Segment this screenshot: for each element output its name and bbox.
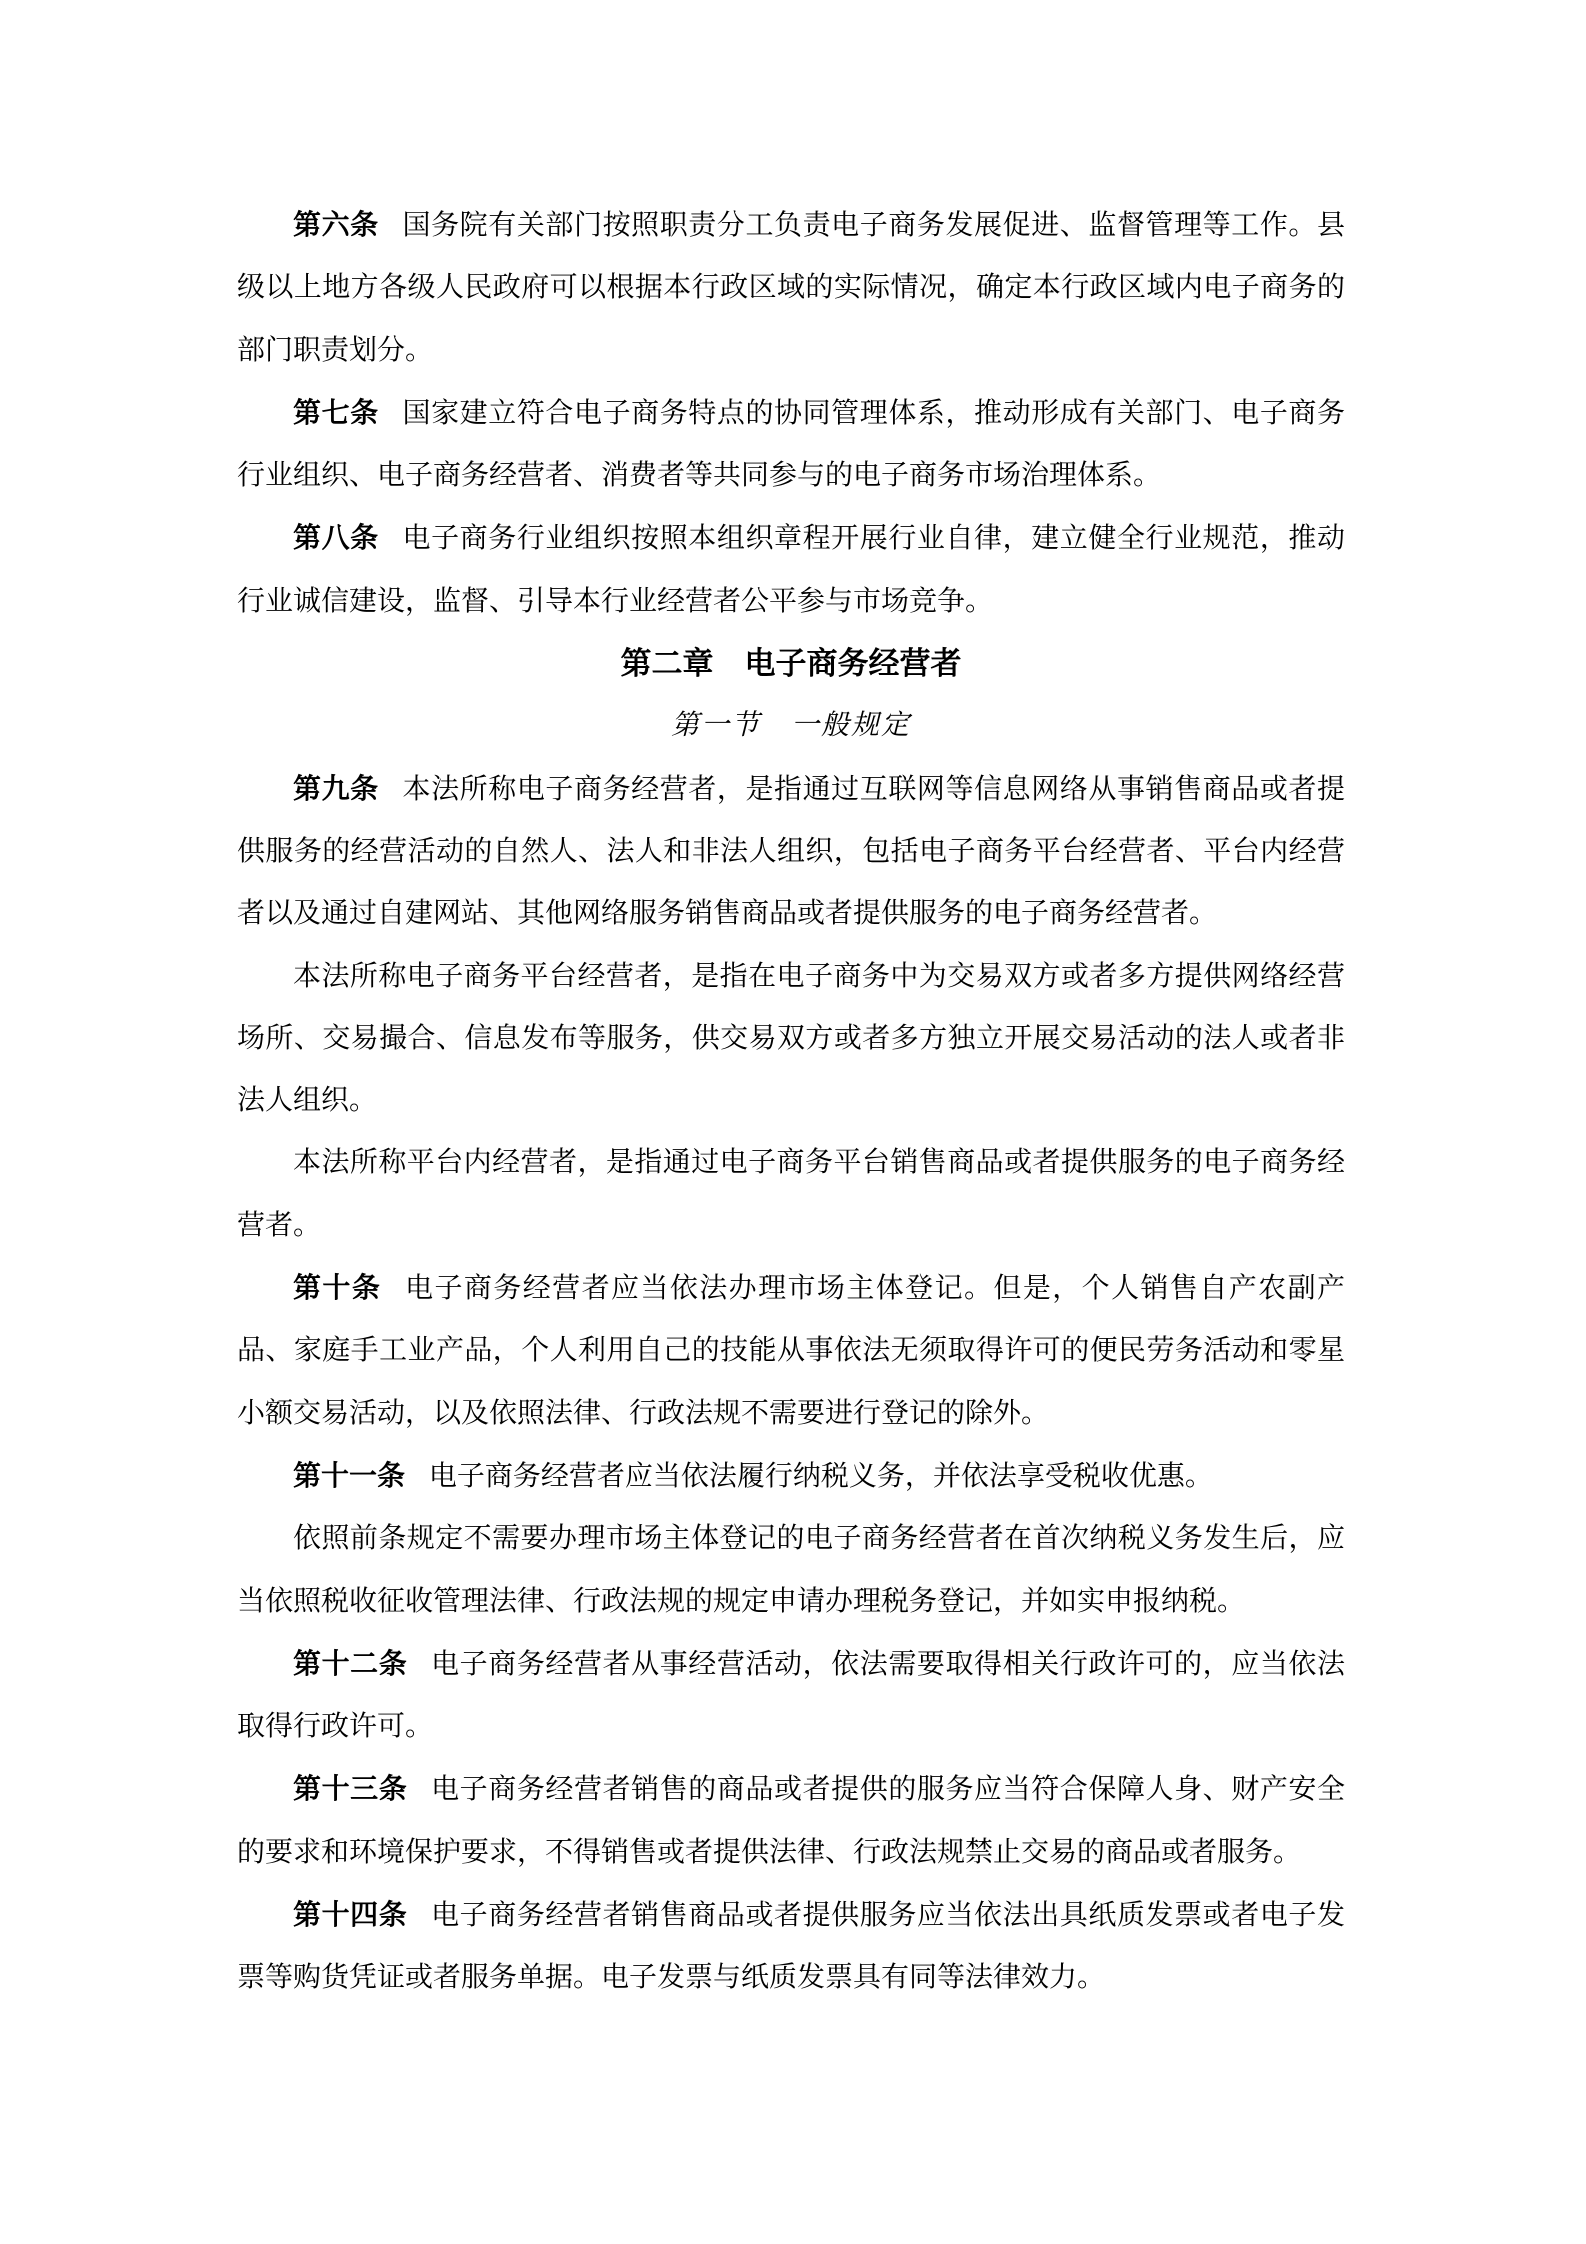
- article-number: 第十二条: [293, 1648, 407, 1679]
- article-paragraph: 第十一条电子商务经营者应当依法履行纳税义务，并依法享受税收优惠。: [237, 1445, 1345, 1508]
- article-paragraph: 第十三条电子商务经营者销售的商品或者提供的服务应当符合保障人身、财产安全的要求和…: [237, 1758, 1345, 1884]
- article-number: 第十四条: [293, 1899, 407, 1930]
- section-heading: 第一节 一般规定: [237, 695, 1345, 757]
- article-paragraph: 第七条国家建立符合电子商务特点的协同管理体系，推动形成有关部门、电子商务行业组织…: [237, 382, 1345, 508]
- article-number: 第七条: [293, 397, 379, 428]
- document-body: 第六条国务院有关部门按照职责分工负责电子商务发展促进、监督管理等工作。县级以上地…: [237, 194, 1345, 2010]
- article-paragraph: 第十四条电子商务经营者销售商品或者提供服务应当依法出具纸质发票或者电子发票等购货…: [237, 1884, 1345, 2010]
- article-paragraph: 第六条国务院有关部门按照职责分工负责电子商务发展促进、监督管理等工作。县级以上地…: [237, 194, 1345, 382]
- article-number: 第十一条: [293, 1460, 405, 1491]
- article-number: 第九条: [293, 773, 379, 804]
- article-number: 第六条: [293, 209, 379, 240]
- body-paragraph: 本法所称平台内经营者，是指通过电子商务平台销售商品或者提供服务的电子商务经营者。: [237, 1132, 1345, 1257]
- body-paragraph: 依照前条规定不需要办理市场主体登记的电子商务经营者在首次纳税义务发生后，应当依照…: [237, 1508, 1345, 1633]
- body-paragraph: 本法所称电子商务平台经营者，是指在电子商务中为交易双方或者多方提供网络经营场所、…: [237, 946, 1345, 1133]
- article-paragraph: 第十条电子商务经营者应当依法办理市场主体登记。但是，个人销售自产农副产品、家庭手…: [237, 1257, 1345, 1445]
- article-paragraph: 第十二条电子商务经营者从事经营活动，依法需要取得相关行政许可的，应当依法取得行政…: [237, 1633, 1345, 1759]
- chapter-heading: 第二章 电子商务经营者: [237, 633, 1345, 695]
- article-paragraph: 第八条电子商务行业组织按照本组织章程开展行业自律，建立健全行业规范，推动行业诚信…: [237, 507, 1345, 633]
- article-number: 第十三条: [293, 1773, 407, 1804]
- article-paragraph: 第九条本法所称电子商务经营者，是指通过互联网等信息网络从事销售商品或者提供服务的…: [237, 758, 1345, 946]
- document-page: 第六条国务院有关部门按照职责分工负责电子商务发展促进、监督管理等工作。县级以上地…: [0, 0, 1586, 2244]
- article-number: 第八条: [293, 522, 379, 553]
- article-number: 第十条: [293, 1272, 381, 1303]
